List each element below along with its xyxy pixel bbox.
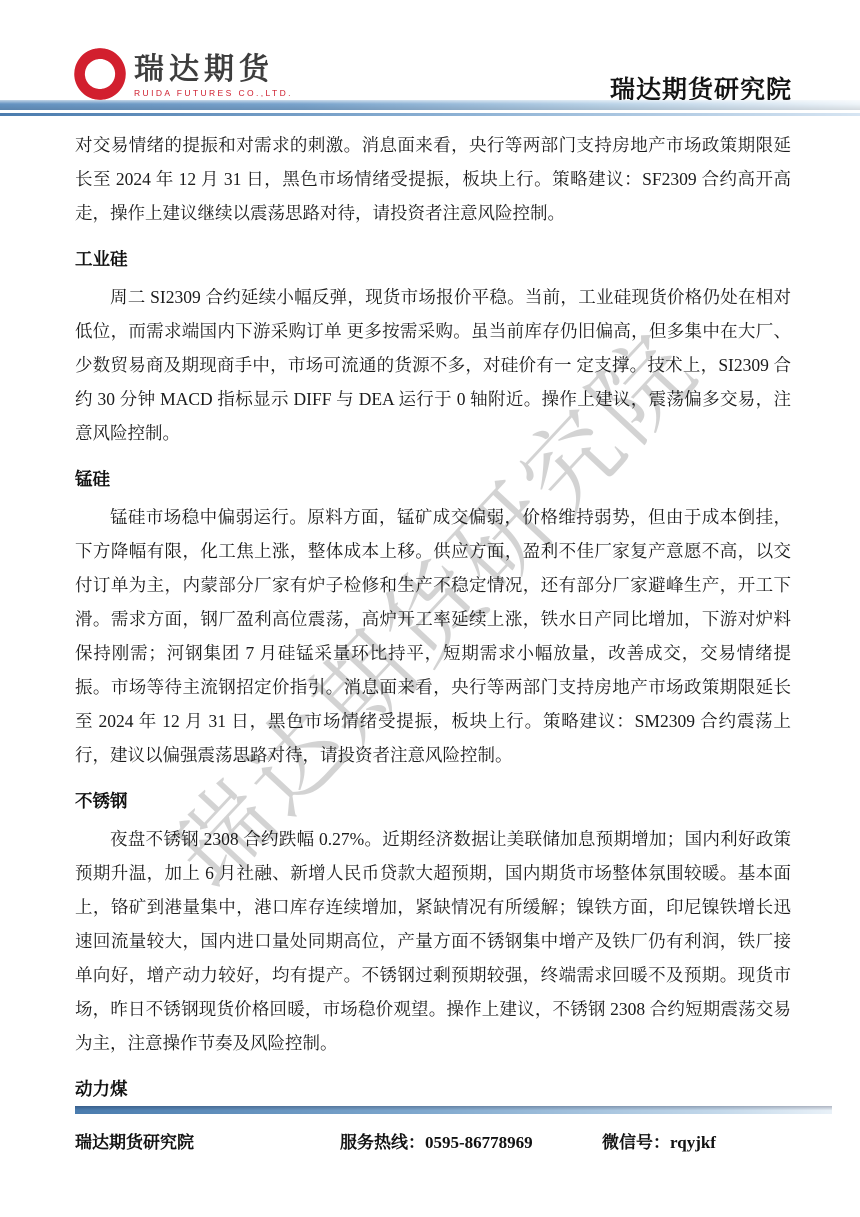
logo-text-block: 瑞达期货 RUIDA FUTURES CO.,LTD. xyxy=(134,54,293,98)
header-divider-line xyxy=(0,113,860,116)
report-body: 对交易情绪的提振和对需求的刺激。消息面来看，央行等两部门支持房地产市场政策期限延… xyxy=(75,128,791,1110)
header: 瑞达期货 RUIDA FUTURES CO.,LTD. 瑞达期货研究院 xyxy=(0,0,860,100)
footer-wechat: 微信号：rqyjkf xyxy=(602,1128,716,1153)
footer-wechat-label: 微信号： xyxy=(602,1133,670,1152)
ruida-logo-icon xyxy=(72,46,128,102)
footer-hotline-label: 服务热线： xyxy=(340,1133,425,1152)
section-heading-stainless-steel: 不锈钢 xyxy=(75,788,791,814)
section-paragraph-industrial-silicon: 周二 SI2309 合约延续小幅反弹，现货市场报价平稳。当前，工业硅现货价格仍处… xyxy=(75,280,791,450)
logo-brand-text: 瑞达期货 xyxy=(134,54,293,86)
section-paragraph-stainless-steel: 夜盘不锈钢 2308 合约跌幅 0.27%。近期经济数据让美联储加息预期增加；国… xyxy=(75,822,791,1060)
logo-subtitle-text: RUIDA FUTURES CO.,LTD. xyxy=(134,88,293,98)
footer: 瑞达期货研究院 服务热线：0595-86778969 微信号：rqyjkf xyxy=(0,1106,860,1152)
section-heading-thermal-coal: 动力煤 xyxy=(75,1076,791,1102)
footer-wechat-id: rqyjkf xyxy=(670,1133,716,1152)
section-heading-manganese-silicon: 锰硅 xyxy=(75,466,791,492)
header-divider-bar xyxy=(0,100,860,110)
report-page: 瑞达期货研究院 瑞达期货 RUIDA FUTURES CO.,LTD. 瑞达期货… xyxy=(0,0,860,1217)
intro-paragraph: 对交易情绪的提振和对需求的刺激。消息面来看，央行等两部门支持房地产市场政策期限延… xyxy=(75,128,791,230)
footer-row: 瑞达期货研究院 服务热线：0595-86778969 微信号：rqyjkf xyxy=(0,1128,860,1152)
footer-hotline: 服务热线：0595-86778969 xyxy=(340,1128,533,1153)
section-heading-industrial-silicon: 工业硅 xyxy=(75,246,791,272)
section-paragraph-manganese-silicon: 锰硅市场稳中偏弱运行。原料方面，锰矿成交偏弱，价格维持弱势，但由于成本倒挂，下方… xyxy=(75,500,791,772)
logo: 瑞达期货 RUIDA FUTURES CO.,LTD. xyxy=(72,48,293,102)
footer-institute: 瑞达期货研究院 xyxy=(75,1128,194,1153)
footer-hotline-number: 0595-86778969 xyxy=(425,1133,533,1152)
footer-divider-bar xyxy=(75,1106,832,1114)
